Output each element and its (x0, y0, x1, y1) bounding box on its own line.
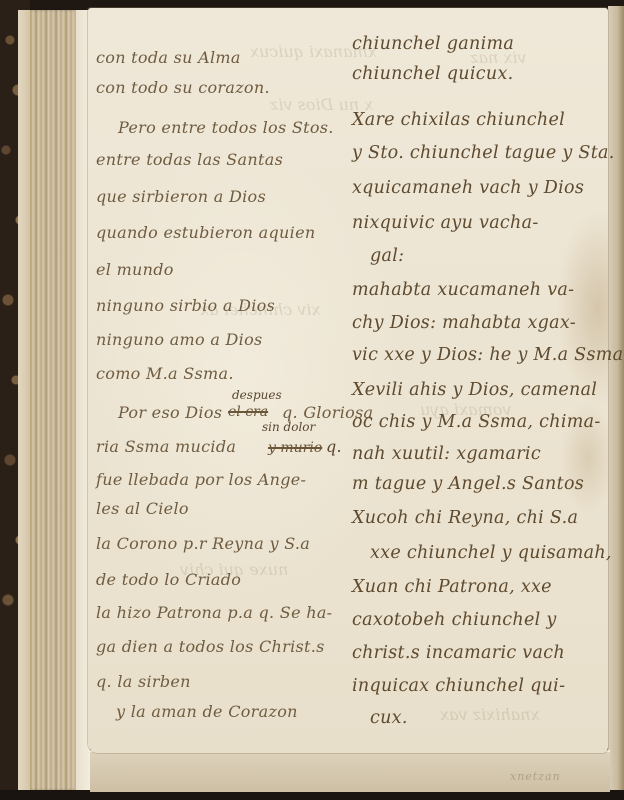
text-line: la hizo Patrona p.a q. Se ha- (96, 603, 332, 622)
text-line: chiunchel ganima (352, 34, 514, 54)
bottom-ghost-text: xnetzan (510, 770, 561, 783)
text-line: m tague y Angel.s Santos (352, 474, 584, 494)
text-line: la Corono p.r Reyna y S.a (96, 534, 310, 553)
text-line: y la aman de Corazon (116, 702, 298, 721)
book-page-edges (18, 10, 90, 790)
text-line: como M.a Ssma. (96, 364, 234, 383)
text-line: y Sto. chiunchel tague y Sta. (352, 143, 615, 163)
text-line: gal: (370, 246, 404, 266)
text-line: ria Ssma mucida (96, 437, 236, 456)
text-line: chy Dios: mahabta xgax- (352, 313, 576, 333)
page-right-edge (608, 6, 624, 790)
text-line: q. la sirben (96, 672, 191, 691)
text-line: xxe chiunchel y quisamah, (370, 543, 612, 563)
text-line: inquicax chiunchel qui- (352, 676, 565, 696)
text-line: con todo su corazon. (96, 78, 270, 97)
text-line: vic xxe y Dios: he y M.a Ssma. (352, 345, 624, 365)
text-line: entre todas las Santas (96, 150, 283, 169)
text-line: de todo lo Criado (96, 570, 241, 589)
text-line: christ.s incamaric vach (352, 643, 565, 663)
text-line: xquicamaneh vach y Dios (352, 178, 584, 198)
text-line: Xevili ahis y Dios, camenal (352, 380, 597, 400)
text-line: con toda su Alma (96, 48, 241, 67)
text-line: oc chis y M.a Ssma, chima- (352, 412, 601, 432)
text-line: nah xuutil: xgamaric (352, 444, 541, 464)
text-line: nixquivic ayu vacha- (352, 213, 539, 233)
text-line: Xuan chi Patrona, xxe (352, 577, 552, 597)
text-line: mahabta xucamaneh va- (352, 280, 574, 300)
text-line: les al Cielo (96, 499, 189, 518)
text-line: Xucoh chi Reyna, chi S.a (352, 508, 578, 528)
struck-text: el cra (228, 404, 268, 420)
text-line: que sirbieron a Dios (96, 187, 266, 206)
text-line: chiunchel quicux. (352, 64, 513, 84)
interlinear-insertion: despues (232, 388, 282, 402)
struck-text: y murio (268, 440, 322, 456)
text-line: ga dien a todos los Christ.s (96, 637, 325, 656)
interlinear-insertion: sin dolor (262, 420, 315, 434)
text-line: Xare chixilas chiunchel (352, 110, 565, 130)
text-line: Por eso Dios (118, 403, 222, 422)
text-line: el mundo (96, 260, 174, 279)
text-line: fue llebada por los Ange- (96, 470, 306, 489)
text-line: caxotobeh chiunchel y (352, 610, 557, 630)
text-line: Pero entre todos los Stos. (118, 118, 334, 137)
text-line: cux. (370, 708, 408, 728)
text-line: ninguno amo a Dios (96, 330, 263, 349)
text-line: quando estubieron aquien (96, 223, 315, 242)
text-line-tail: q. (326, 437, 342, 456)
bleed-through-text: xnahixiz vax (440, 705, 540, 724)
text-line: ninguno sirbio a Dios (96, 296, 275, 315)
